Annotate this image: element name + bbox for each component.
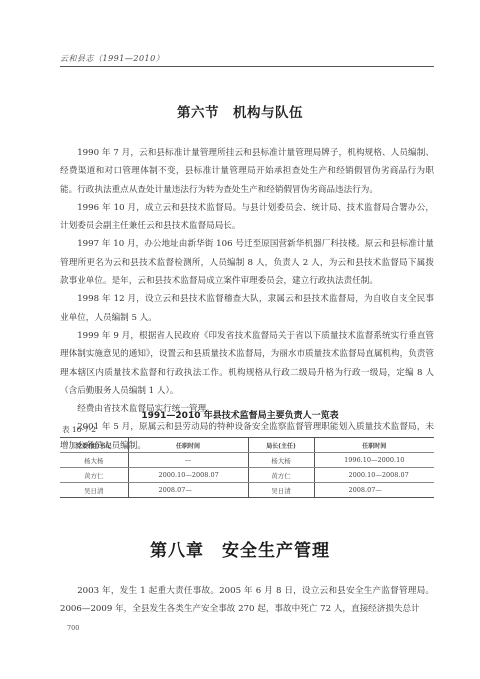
paragraph: 1996 年 10 月，成立云和县技术监督局。与县计划委员会、统计局、技术监督局… [60,199,434,236]
table-id: 表 16-7-2 [62,424,96,435]
leaders-table: 党委(组)书记 任职时间 局长(主任) 任职时间 杨大杨 — 杨大杨 1996.… [60,437,434,498]
column-header: 局长(主任) [248,438,314,453]
chapter-title: 第八章 安全生产管理 [0,536,480,561]
column-header: 任职时间 [128,438,248,453]
column-header: 任职时间 [314,438,434,453]
table-cell: 2008.07— [128,483,248,498]
table-cell: 黄方仁 [248,468,314,483]
table-cell: 吴日清 [60,483,128,498]
table-cell: 1996.10—2000.10 [314,453,434,468]
paragraph: 2003 年，发生 1 起重大责任事故。2005 年 6 月 8 日，设立云和县… [60,582,434,619]
table-header-row: 党委(组)书记 任职时间 局长(主任) 任职时间 [60,438,434,453]
chapter-body: 2003 年，发生 1 起重大责任事故。2005 年 6 月 8 日，设立云和县… [60,582,434,619]
page-number: 700 [67,624,79,632]
table-row: 吴日清 2008.07— 吴日清 2008.07— [60,483,434,498]
table-cell: — [128,453,248,468]
paragraph: 1997 年 10 月，办公地址由新华街 106 号迁至原国营新华机器厂科技楼。… [60,235,434,290]
running-head: 云和县志（1991—2010） [60,53,164,64]
table-cell: 杨大杨 [60,453,128,468]
table-cell: 2000.10—2008.07 [314,468,434,483]
paragraph: 1999 年 9 月，根据省人民政府《印发省技术监督局关于省以下质量技术监督系统… [60,327,434,400]
table-cell: 2008.07— [314,483,434,498]
table-cell: 黄方仁 [60,468,128,483]
table-row: 黄方仁 2000.10—2008.07 黄方仁 2000.10—2008.07 [60,468,434,483]
table-cell: 2000.10—2008.07 [128,468,248,483]
section-title: 第六节 机构与队伍 [0,101,480,121]
table-title: 1991—2010 年县技术监督局主要负责人一览表 [0,408,480,421]
header-rule [60,66,434,67]
table-cell: 吴日清 [248,483,314,498]
paragraph: 1990 年 7 月，云和县标准计量管理所挂云和县标准计量管理局牌子，机构规格、… [60,144,434,199]
column-header: 党委(组)书记 [60,438,128,453]
paragraph: 1998 年 12 月，设立云和县技术监督稽查大队，隶属云和县技术监督局，为自收… [60,290,434,327]
table-cell: 杨大杨 [248,453,314,468]
table-row: 杨大杨 — 杨大杨 1996.10—2000.10 [60,453,434,468]
